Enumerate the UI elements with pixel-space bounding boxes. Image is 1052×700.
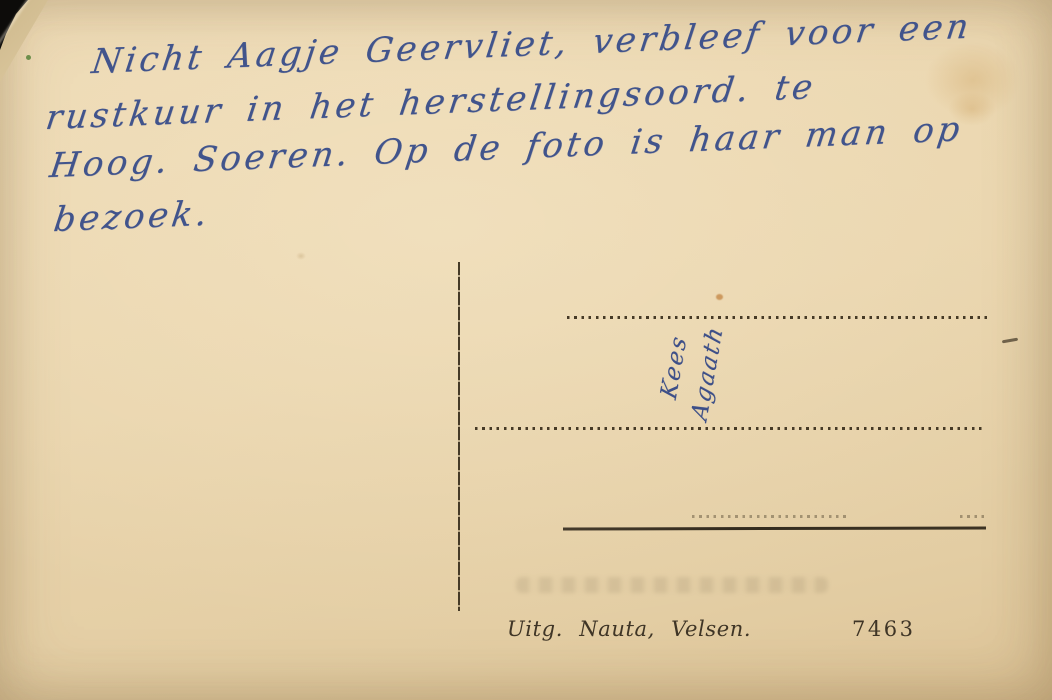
paper-speck (26, 55, 31, 60)
vertical-ink-note: Kees Agaath (644, 290, 737, 450)
ink-showthrough-smudge (516, 577, 828, 593)
message-line: bezoek. (51, 194, 213, 241)
message-line: Nicht Aagje Geervliet, verbleef voor een (89, 7, 974, 83)
ink-dash-mark (1002, 338, 1018, 344)
publisher-imprint: Uitg. Nauta, Velsen. (507, 617, 751, 641)
address-dotted-line-3-end (960, 515, 984, 518)
address-divider-line (458, 262, 460, 611)
address-solid-line (563, 526, 986, 530)
paper-stain (925, 42, 1021, 118)
postcard-back: Nicht Aagje Geervliet, verbleef voor een… (0, 0, 1052, 700)
address-dotted-line-2 (475, 427, 985, 430)
address-dotted-line-3 (692, 515, 850, 518)
paper-stain (296, 252, 306, 260)
serial-number: 7463 (852, 617, 915, 641)
address-dotted-line-1 (567, 316, 987, 319)
scan-background: Nicht Aagje Geervliet, verbleef voor een… (0, 0, 1052, 700)
